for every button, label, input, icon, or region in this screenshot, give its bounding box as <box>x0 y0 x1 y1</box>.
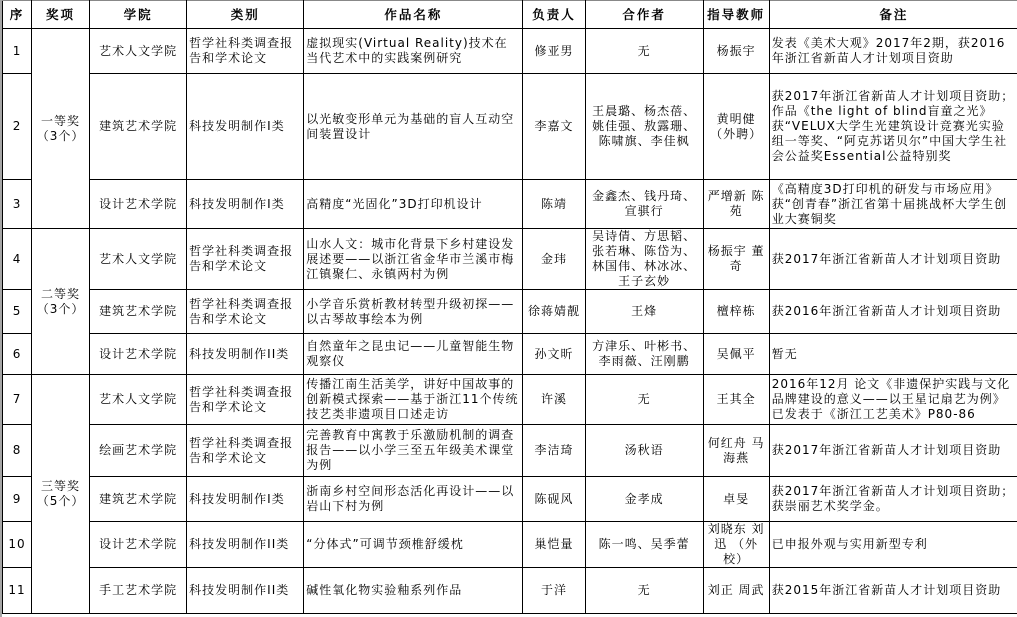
header-advisor[interactable]: 指导教师 <box>703 1 769 29</box>
cell-leader[interactable]: 许溪 <box>523 375 585 425</box>
cell-category[interactable]: 科技发明制作I类 <box>187 74 304 180</box>
cell-leader[interactable]: 陈靖 <box>523 180 585 229</box>
award-count: （3个） <box>34 302 87 317</box>
cell-college[interactable]: 建筑艺术学院 <box>90 477 187 522</box>
cell-no[interactable]: 11 <box>3 568 32 614</box>
cell-leader[interactable]: 陈砚风 <box>523 477 585 522</box>
cell-partners[interactable]: 无 <box>585 29 703 74</box>
cell-category[interactable]: 哲学社科类调查报告和学术论文 <box>187 290 304 334</box>
cell-leader[interactable]: 修亚男 <box>523 29 585 74</box>
cell-college[interactable]: 绘画艺术学院 <box>90 425 187 477</box>
cell-advisor[interactable]: 何红舟 马海燕 <box>703 425 769 477</box>
cell-partners[interactable]: 汤秋语 <box>585 425 703 477</box>
cell-no[interactable]: 9 <box>3 477 32 522</box>
cell-title[interactable]: 虚拟现实(Virtual Reality)技术在当代艺术中的实践案例研究 <box>304 29 523 74</box>
cell-note[interactable]: 2016年12月 论文《非遗保护实践与文化品牌建设的意义——以王星记扇艺为例》已… <box>769 375 1017 425</box>
cell-advisor[interactable]: 刘正 周武 <box>703 568 769 614</box>
table-row: 9 建筑艺术学院 科技发明制作I类 浙南乡村空间形态活化再设计——以岩山下村为例… <box>3 477 1017 522</box>
table-row: 10 设计艺术学院 科技发明制作II类 “分体式”可调节颈椎舒缓枕 巢恺量 陈一… <box>3 522 1017 568</box>
cell-advisor[interactable]: 黄明健（外聘） <box>703 74 769 180</box>
cell-note[interactable]: 已申报外观与实用新型专利 <box>769 522 1017 568</box>
award-count: （3个） <box>34 129 87 144</box>
cell-leader[interactable]: 徐蒋婧靓 <box>523 290 585 334</box>
cell-college[interactable]: 艺术人文学院 <box>90 375 187 425</box>
table-row: 6 设计艺术学院 科技发明制作II类 自然童年之昆虫记——儿童智能生物观察仪 孙… <box>3 334 1017 375</box>
header-no[interactable]: 序 <box>3 1 32 29</box>
awards-table: 序 奖项 学院 类别 作品名称 负责人 合作者 指导教师 备注 1 一等奖 （3… <box>2 0 1017 614</box>
cell-title[interactable]: 山水人文：城市化背景下乡村建设发展述要——以浙江省金华市兰溪市梅江镇聚仁、永镇两… <box>304 229 523 290</box>
cell-college[interactable]: 艺术人文学院 <box>90 229 187 290</box>
cell-partners[interactable]: 王晨璐、杨杰蓓、姚佳强、敖露珊、陈啸旗、李佳枫 <box>585 74 703 180</box>
cell-category[interactable]: 科技发明制作I类 <box>187 180 304 229</box>
cell-note[interactable]: 获2016年浙江省新苗人才计划项目资助 <box>769 290 1017 334</box>
cell-note[interactable]: 获2017年浙江省新苗人才计划项目资助 <box>769 229 1017 290</box>
cell-note[interactable]: 获2017年浙江省新苗人才计划项目资助；获崇丽艺术奖学金。 <box>769 477 1017 522</box>
cell-category[interactable]: 科技发明制作II类 <box>187 522 304 568</box>
cell-category[interactable]: 科技发明制作II类 <box>187 568 304 614</box>
cell-partners[interactable]: 吴诗倩、方思韬、张若琳、陈岱为、林国伟、林冰冰、王子玄妙 <box>585 229 703 290</box>
cell-title[interactable]: 高精度“光固化”3D打印机设计 <box>304 180 523 229</box>
cell-award-third[interactable]: 三等奖 （5个） <box>32 375 90 614</box>
cell-no[interactable]: 6 <box>3 334 32 375</box>
cell-title[interactable]: 完善教育中寓教于乐激励机制的调查报告——以小学三至五年级美术课堂为例 <box>304 425 523 477</box>
cell-leader[interactable]: 金玮 <box>523 229 585 290</box>
cell-leader[interactable]: 李洁琦 <box>523 425 585 477</box>
cell-college[interactable]: 设计艺术学院 <box>90 522 187 568</box>
cell-no[interactable]: 7 <box>3 375 32 425</box>
award-label: 二等奖 <box>34 287 87 302</box>
cell-college[interactable]: 建筑艺术学院 <box>90 290 187 334</box>
cell-no[interactable]: 1 <box>3 29 32 74</box>
cell-note[interactable]: 获2017年浙江省新苗人才计划项目资助；作品《the light of blin… <box>769 74 1017 180</box>
cell-award-first[interactable]: 一等奖 （3个） <box>32 29 90 229</box>
cell-title[interactable]: 浙南乡村空间形态活化再设计——以岩山下村为例 <box>304 477 523 522</box>
cell-note[interactable]: 获2015年浙江省新苗人才计划项目资助 <box>769 568 1017 614</box>
header-partners[interactable]: 合作者 <box>585 1 703 29</box>
header-title[interactable]: 作品名称 <box>304 1 523 29</box>
cell-no[interactable]: 4 <box>3 229 32 290</box>
cell-partners[interactable]: 金孝成 <box>585 477 703 522</box>
cell-category[interactable]: 哲学社科类调查报告和学术论文 <box>187 375 304 425</box>
cell-no[interactable]: 10 <box>3 522 32 568</box>
table-row: 2 建筑艺术学院 科技发明制作I类 以光敏变形单元为基础的盲人互动空间装置设计 … <box>3 74 1017 180</box>
cell-no[interactable]: 2 <box>3 74 32 180</box>
cell-leader[interactable]: 巢恺量 <box>523 522 585 568</box>
cell-college[interactable]: 设计艺术学院 <box>90 180 187 229</box>
cell-category[interactable]: 哲学社科类调查报告和学术论文 <box>187 425 304 477</box>
header-college[interactable]: 学院 <box>90 1 187 29</box>
cell-no[interactable]: 3 <box>3 180 32 229</box>
header-row: 序 奖项 学院 类别 作品名称 负责人 合作者 指导教师 备注 <box>3 1 1017 29</box>
cell-title[interactable]: 碱性氧化物实验釉系列作品 <box>304 568 523 614</box>
cell-award-second[interactable]: 二等奖 （3个） <box>32 229 90 375</box>
table-row: 11 手工艺术学院 科技发明制作II类 碱性氧化物实验釉系列作品 于洋 无 刘正… <box>3 568 1017 614</box>
cell-note[interactable]: 发表《美术大观》2017年2期，获2016年浙江省新苗人才计划项目资助 <box>769 29 1017 74</box>
cell-partners[interactable]: 无 <box>585 568 703 614</box>
cell-advisor[interactable]: 卓旻 <box>703 477 769 522</box>
award-label: 一等奖 <box>34 114 87 129</box>
cell-title[interactable]: 小学音乐赏析教材转型升级初探——以古琴故事绘本为例 <box>304 290 523 334</box>
header-category[interactable]: 类别 <box>187 1 304 29</box>
table-row: 4 二等奖 （3个） 艺术人文学院 哲学社科类调查报告和学术论文 山水人文：城市… <box>3 229 1017 290</box>
cell-title[interactable]: 自然童年之昆虫记——儿童智能生物观察仪 <box>304 334 523 375</box>
header-leader[interactable]: 负责人 <box>523 1 585 29</box>
cell-advisor[interactable]: 杨振宇 董奇 <box>703 229 769 290</box>
cell-advisor[interactable]: 杨振宇 <box>703 29 769 74</box>
cell-category[interactable]: 哲学社科类调查报告和学术论文 <box>187 29 304 74</box>
cell-advisor[interactable]: 刘晓东 刘迅 （外校） <box>703 522 769 568</box>
cell-partners[interactable]: 王烽 <box>585 290 703 334</box>
header-award[interactable]: 奖项 <box>32 1 90 29</box>
cell-partners[interactable]: 金鑫杰、钱丹琦、宣骐行 <box>585 180 703 229</box>
cell-category[interactable]: 哲学社科类调查报告和学术论文 <box>187 229 304 290</box>
cell-college[interactable]: 艺术人文学院 <box>90 29 187 74</box>
cell-advisor[interactable]: 严增新 陈苑 <box>703 180 769 229</box>
cell-note[interactable]: 暂无 <box>769 334 1017 375</box>
cell-note[interactable]: 《高精度3D打印机的研发与市场应用》获“创青春”浙江省第十届挑战杯大学生创业大赛… <box>769 180 1017 229</box>
cell-title[interactable]: “分体式”可调节颈椎舒缓枕 <box>304 522 523 568</box>
cell-partners[interactable]: 无 <box>585 375 703 425</box>
cell-title[interactable]: 以光敏变形单元为基础的盲人互动空间装置设计 <box>304 74 523 180</box>
cell-college[interactable]: 设计艺术学院 <box>90 334 187 375</box>
cell-no[interactable]: 5 <box>3 290 32 334</box>
cell-leader[interactable]: 于洋 <box>523 568 585 614</box>
cell-partners[interactable]: 方津乐、叶彬书、李雨薇、汪刚鹏 <box>585 334 703 375</box>
table-row: 7 三等奖 （5个） 艺术人文学院 哲学社科类调查报告和学术论文 传播江南生活美… <box>3 375 1017 425</box>
table-row: 5 建筑艺术学院 哲学社科类调查报告和学术论文 小学音乐赏析教材转型升级初探——… <box>3 290 1017 334</box>
header-note[interactable]: 备注 <box>769 1 1017 29</box>
cell-advisor[interactable]: 檀梓栋 <box>703 290 769 334</box>
table-row: 1 一等奖 （3个） 艺术人文学院 哲学社科类调查报告和学术论文 虚拟现实(Vi… <box>3 29 1017 74</box>
cell-leader[interactable]: 李嘉文 <box>523 74 585 180</box>
cell-no[interactable]: 8 <box>3 425 32 477</box>
cell-advisor[interactable]: 王其全 <box>703 375 769 425</box>
cell-leader[interactable]: 孙文昕 <box>523 334 585 375</box>
table-row: 8 绘画艺术学院 哲学社科类调查报告和学术论文 完善教育中寓教于乐激励机制的调查… <box>3 425 1017 477</box>
cell-note[interactable]: 获2017年浙江省新苗人才计划项目资助 <box>769 425 1017 477</box>
cell-title[interactable]: 传播江南生活美学，讲好中国故事的创新模式探索——基于浙江11个传统技艺类非遗项目… <box>304 375 523 425</box>
table-row: 3 设计艺术学院 科技发明制作I类 高精度“光固化”3D打印机设计 陈靖 金鑫杰… <box>3 180 1017 229</box>
cell-advisor[interactable]: 吴佩平 <box>703 334 769 375</box>
cell-college[interactable]: 手工艺术学院 <box>90 568 187 614</box>
cell-partners[interactable]: 陈一鸣、吴季蕾 <box>585 522 703 568</box>
award-label: 三等奖 <box>34 479 87 494</box>
award-count: （5个） <box>34 494 87 509</box>
cell-category[interactable]: 科技发明制作II类 <box>187 334 304 375</box>
cell-category[interactable]: 科技发明制作I类 <box>187 477 304 522</box>
cell-college[interactable]: 建筑艺术学院 <box>90 74 187 180</box>
